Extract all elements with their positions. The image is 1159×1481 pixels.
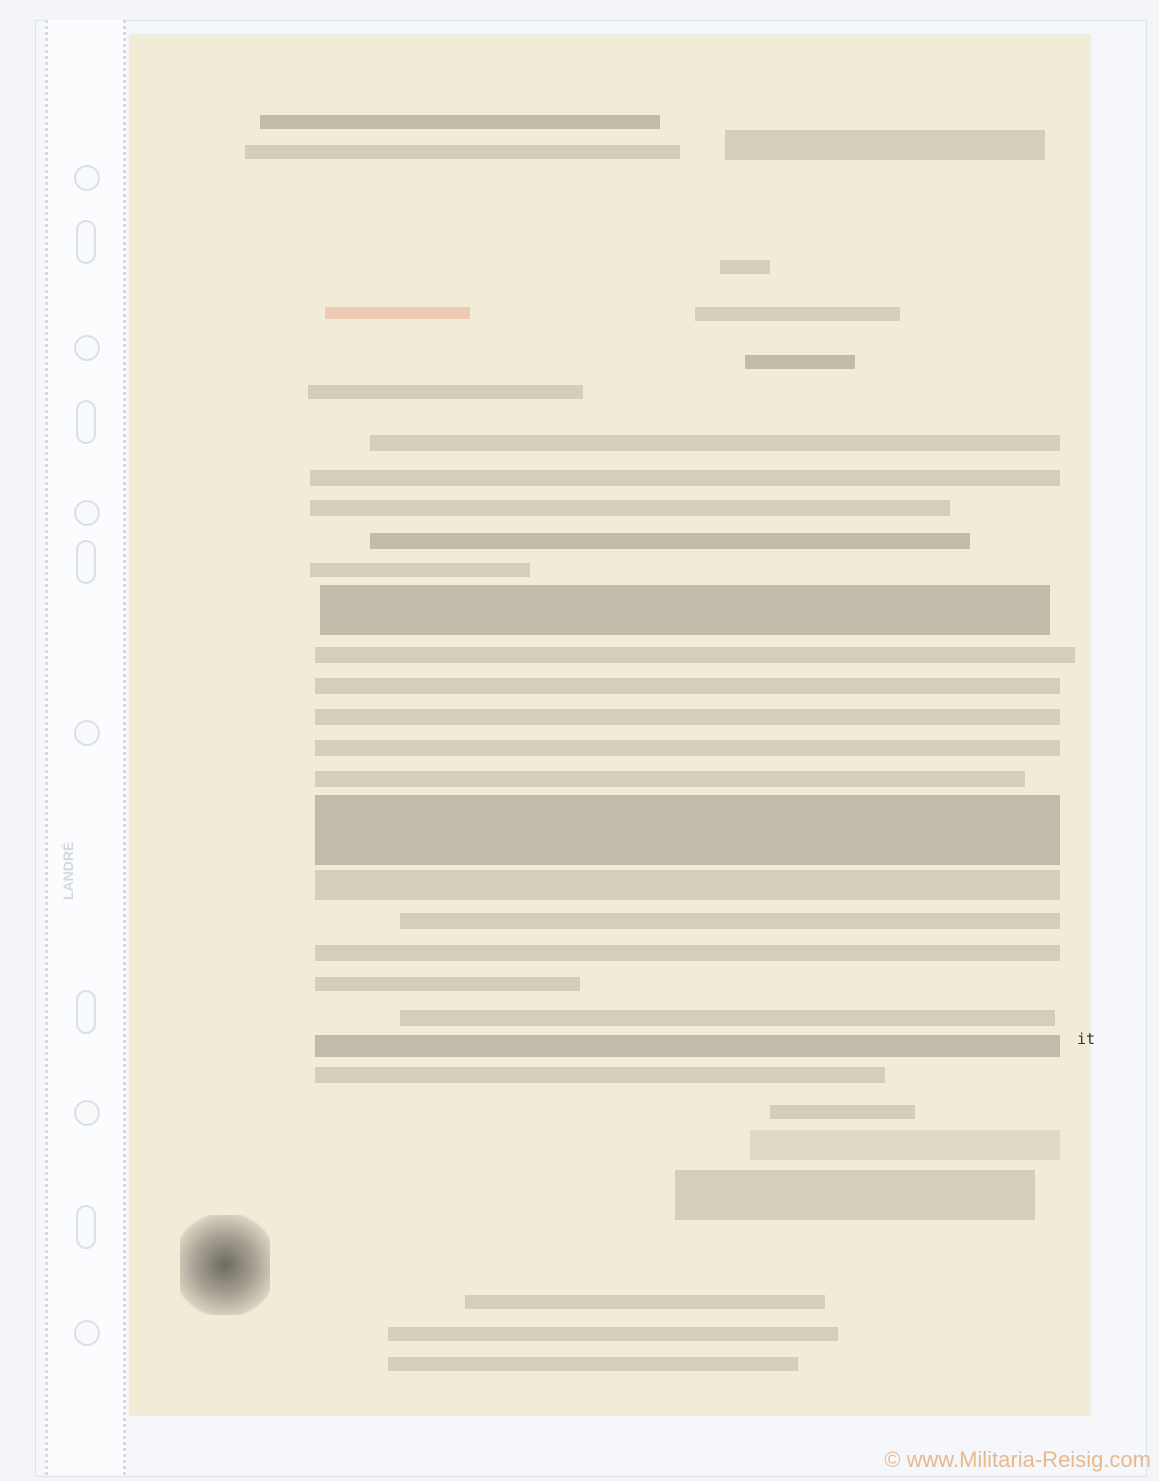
redacted-body-line xyxy=(400,913,1060,929)
redacted-body-line xyxy=(310,563,530,577)
redacted-letterhead xyxy=(245,145,680,159)
redacted-footer xyxy=(388,1327,838,1341)
redacted-body-line xyxy=(315,740,1060,756)
redacted-body-line xyxy=(310,500,950,516)
redacted-body-block xyxy=(315,795,1060,865)
watermark: © www.Militaria-Reisig.com xyxy=(884,1447,1151,1473)
redacted-body-block xyxy=(320,585,1050,635)
redacted-body-line xyxy=(370,533,970,549)
punch-hole xyxy=(74,335,100,361)
redacted-footer xyxy=(388,1357,798,1371)
redacted-red-line xyxy=(325,307,470,319)
redacted-body-line xyxy=(315,945,1060,961)
redacted-body-line xyxy=(315,977,580,991)
redacted-body-line xyxy=(315,647,1075,663)
punch-slot xyxy=(76,400,96,444)
punch-slot xyxy=(76,990,96,1034)
redacted-signature xyxy=(750,1130,1060,1160)
punch-slot xyxy=(76,220,96,264)
redacted-body-line xyxy=(315,1035,1060,1057)
redacted-body-line xyxy=(315,870,1060,900)
visible-text-fragment: it xyxy=(1077,1030,1095,1048)
punch-slot xyxy=(76,540,96,584)
redacted-body-line xyxy=(315,1067,885,1083)
document-paper xyxy=(130,35,1090,1415)
punch-hole xyxy=(74,500,100,526)
redacted-address xyxy=(695,307,900,321)
redacted-body-line xyxy=(315,709,1060,725)
redacted-letterhead xyxy=(260,115,660,129)
punch-hole xyxy=(74,1320,100,1346)
redacted-footer xyxy=(465,1295,825,1309)
redacted-body-line xyxy=(315,771,1025,787)
punch-slot xyxy=(76,1205,96,1249)
redacted-salutation xyxy=(308,385,583,399)
redacted-body-line xyxy=(370,435,1060,451)
sleeve-brand: LANDRÉ xyxy=(60,640,86,900)
redacted-stamp xyxy=(180,1215,270,1315)
punch-hole xyxy=(74,1100,100,1126)
redacted-closing xyxy=(770,1105,915,1119)
redacted-signature xyxy=(675,1170,1035,1220)
punch-hole xyxy=(74,165,100,191)
redacted-reference xyxy=(745,355,855,369)
redacted-body-line xyxy=(310,470,1060,486)
redacted-date xyxy=(725,130,1045,160)
redacted-body-line xyxy=(315,678,1060,694)
redacted-body-line xyxy=(400,1010,1055,1026)
redacted-address xyxy=(720,260,770,274)
